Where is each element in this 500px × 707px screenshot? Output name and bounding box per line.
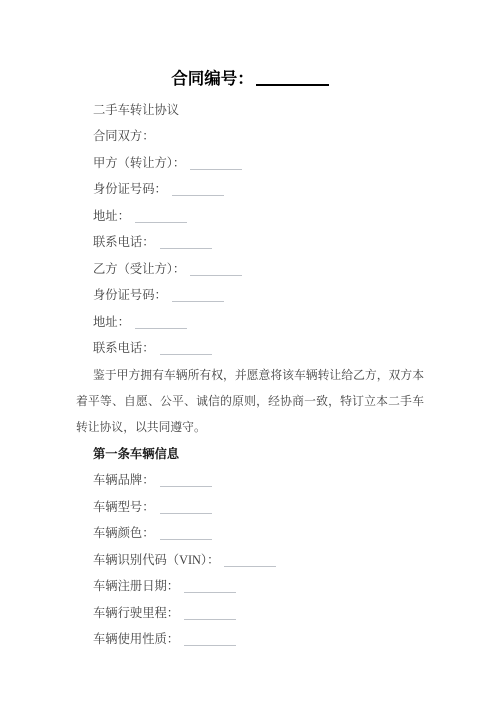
vehicle-brand-line: 车辆品牌： — [76, 467, 424, 493]
party-a-name-line: 甲方（转让方）： — [76, 150, 424, 176]
vehicle-brand-label: 车辆品牌： — [93, 473, 155, 487]
party-b-address-label: 地址： — [93, 315, 130, 329]
party-a-phone-line: 联系电话： — [76, 229, 424, 255]
fill-in-blank — [172, 301, 224, 302]
party-a-phone-label: 联系电话： — [93, 235, 155, 249]
vehicle-mileage-line: 车辆行驶里程： — [76, 600, 424, 626]
fill-in-blank — [190, 275, 242, 276]
vehicle-mileage-label: 车辆行驶里程： — [93, 606, 179, 620]
fill-in-blank — [135, 328, 187, 329]
vehicle-registration-date-line: 车辆注册日期： — [76, 573, 424, 599]
vehicle-usage-line: 车辆使用性质： — [76, 626, 424, 652]
party-b-name-line: 乙方（受让方）： — [76, 256, 424, 282]
fill-in-blank — [160, 513, 212, 514]
fill-in-blank — [184, 619, 236, 620]
contract-number-heading: 合同编号： — [0, 66, 500, 92]
fill-in-blank — [160, 486, 212, 487]
party-a-address-label: 地址： — [93, 209, 130, 223]
vehicle-color-label: 车辆颜色： — [93, 526, 155, 540]
vehicle-color-line: 车辆颜色： — [76, 520, 424, 546]
vehicle-vin-line: 车辆识别代码（VIN）： — [76, 547, 424, 573]
party-b-id-label: 身份证号码： — [93, 288, 167, 302]
section-1-heading: 第一条车辆信息 — [76, 441, 424, 467]
fill-in-blank — [224, 566, 276, 567]
document-body: 二手车转让协议 合同双方： 甲方（转让方）： 身份证号码： 地址： 联系电话： … — [76, 97, 424, 653]
party-a-id-line: 身份证号码： — [76, 176, 424, 202]
party-a-address-line: 地址： — [76, 203, 424, 229]
vehicle-usage-label: 车辆使用性质： — [93, 632, 179, 646]
vehicle-model-line: 车辆型号： — [76, 494, 424, 520]
fill-in-blank — [160, 248, 212, 249]
parties-heading: 合同双方： — [76, 123, 424, 149]
vehicle-model-label: 车辆型号： — [93, 500, 155, 514]
party-b-phone-label: 联系电话： — [93, 341, 155, 355]
fill-in-blank — [172, 195, 224, 196]
fill-in-blank — [135, 222, 187, 223]
contract-number-blank — [256, 84, 329, 86]
fill-in-blank — [184, 645, 236, 646]
fill-in-blank — [190, 169, 242, 170]
party-a-id-label: 身份证号码： — [93, 182, 167, 196]
party-b-id-line: 身份证号码： — [76, 282, 424, 308]
vehicle-vin-label: 车辆识别代码（VIN）： — [93, 553, 219, 567]
vehicle-registration-date-label: 车辆注册日期： — [93, 579, 179, 593]
party-a-name-label: 甲方（转让方）： — [93, 156, 185, 170]
preamble-paragraph: 鉴于甲方拥有车辆所有权，并愿意将该车辆转让给乙方，双方本着平等、自愿、公平、诚信… — [76, 362, 424, 441]
party-b-name-label: 乙方（受让方）： — [93, 262, 185, 276]
document-page: 合同编号： 二手车转让协议 合同双方： 甲方（转让方）： 身份证号码： 地址： … — [0, 0, 500, 707]
contract-number-label: 合同编号： — [171, 70, 254, 88]
party-b-address-line: 地址： — [76, 309, 424, 335]
fill-in-blank — [184, 592, 236, 593]
doc-title: 二手车转让协议 — [76, 97, 424, 123]
fill-in-blank — [160, 354, 212, 355]
party-b-phone-line: 联系电话： — [76, 335, 424, 361]
fill-in-blank — [160, 539, 212, 540]
